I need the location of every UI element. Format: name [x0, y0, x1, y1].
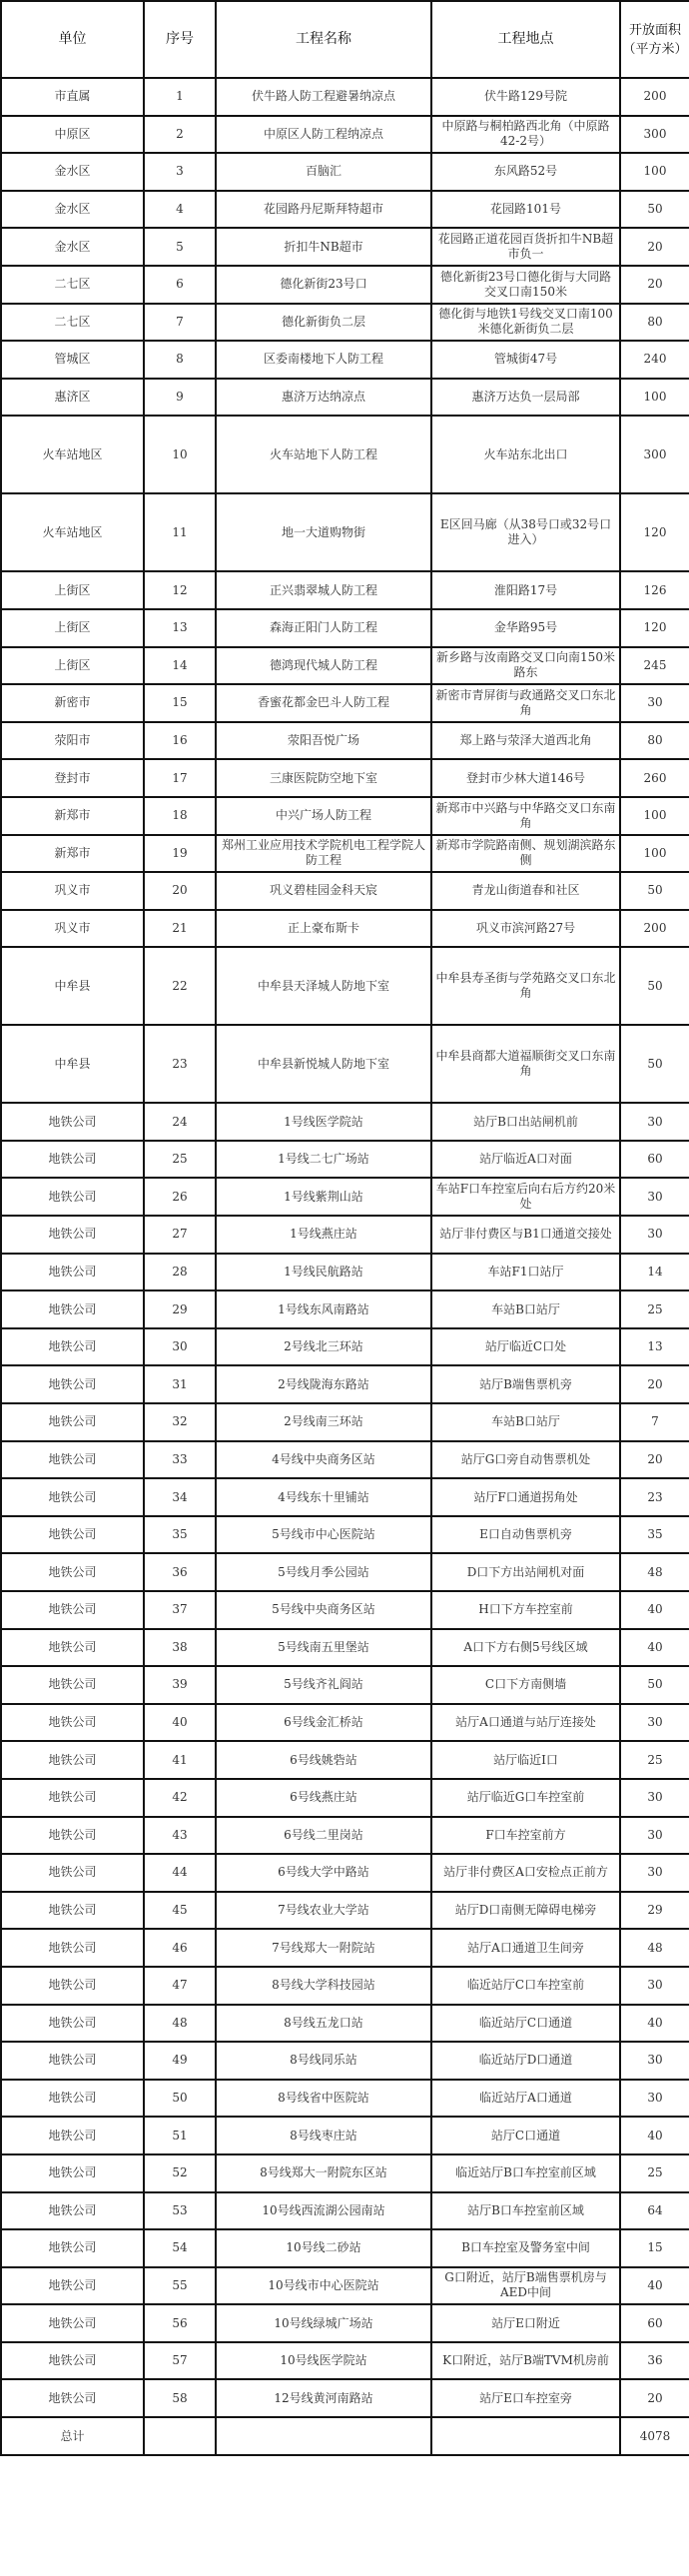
cell-area: 30 — [620, 1178, 689, 1216]
cell-name: 中牟县新悦城人防地下室 — [216, 1025, 431, 1103]
cell-unit: 管城区 — [1, 341, 144, 379]
cell-name: 火车站地下人防工程 — [216, 416, 431, 493]
table-row: 地铁公司498号线同乐站临近站厅D口通道30 — [1, 2042, 689, 2080]
cell-location: E口自动售票机旁 — [431, 1516, 620, 1554]
cell-name: 中原区人防工程纳凉点 — [216, 116, 431, 154]
cell-area: 40 — [620, 2267, 689, 2305]
cell-area: 30 — [620, 1854, 689, 1892]
cell-no: 34 — [144, 1478, 216, 1516]
table-row: 地铁公司365号线月季公园站D口下方出站闸机对面48 — [1, 1553, 689, 1591]
cell-location: 站厅临近A口对面 — [431, 1141, 620, 1179]
cell-name: 4号线中央商务区站 — [216, 1441, 431, 1479]
cell-name: 百脑汇 — [216, 153, 431, 191]
total-location — [431, 2417, 620, 2455]
cell-unit: 火车站地区 — [1, 493, 144, 571]
cell-location: 车站F1口站厅 — [431, 1254, 620, 1291]
cell-area: 300 — [620, 116, 689, 154]
cell-no: 37 — [144, 1591, 216, 1629]
table-row: 金水区3百脑汇东风路52号100 — [1, 153, 689, 191]
cell-location: 车站B口站厅 — [431, 1403, 620, 1441]
cell-no: 4 — [144, 191, 216, 229]
cell-unit: 市直属 — [1, 78, 144, 116]
cell-name: 中牟县天泽城人防地下室 — [216, 947, 431, 1025]
cell-name: 伏牛路人防工程避暑纳凉点 — [216, 78, 431, 116]
cell-area: 240 — [620, 341, 689, 379]
cell-area: 60 — [620, 1141, 689, 1179]
cell-no: 19 — [144, 835, 216, 873]
table-row: 地铁公司302号线北三环站站厅临近C口处13 — [1, 1328, 689, 1366]
table-row: 地铁公司478号线大学科技园站临近站厅C口车控室前30 — [1, 1967, 689, 2005]
cell-area: 30 — [620, 2080, 689, 2118]
cell-no: 28 — [144, 1254, 216, 1291]
table-row: 地铁公司291号线东风南路站车站B口站厅25 — [1, 1290, 689, 1328]
cell-no: 49 — [144, 2042, 216, 2080]
table-row: 上街区14德鸿现代城人防工程新乡路与汝南路交叉口向南150米路东245 — [1, 647, 689, 685]
cell-unit: 地铁公司 — [1, 2042, 144, 2080]
cell-no: 35 — [144, 1516, 216, 1554]
cell-location: 站厅B口车控室前区域 — [431, 2192, 620, 2230]
cell-no: 53 — [144, 2192, 216, 2230]
cell-name: 8号线枣庄站 — [216, 2117, 431, 2154]
cell-name: 2号线南三环站 — [216, 1403, 431, 1441]
cell-area: 50 — [620, 947, 689, 1025]
cell-unit: 金水区 — [1, 153, 144, 191]
table-row: 地铁公司355号线市中心医院站E口自动售票机旁35 — [1, 1516, 689, 1554]
cell-no: 24 — [144, 1103, 216, 1141]
cell-no: 50 — [144, 2080, 216, 2118]
cell-area: 80 — [620, 304, 689, 342]
cell-area: 30 — [620, 1817, 689, 1855]
cell-no: 43 — [144, 1817, 216, 1855]
cell-area: 200 — [620, 910, 689, 948]
table-row: 中原区2中原区人防工程纳凉点中原路与桐柏路西北角（中原路42-2号）300 — [1, 116, 689, 154]
cell-no: 41 — [144, 1741, 216, 1779]
table-row: 地铁公司467号线郑大一附院站站厅A口通道卫生间旁48 — [1, 1929, 689, 1967]
cell-location: 东风路52号 — [431, 153, 620, 191]
cell-area: 25 — [620, 2154, 689, 2192]
cell-unit: 上街区 — [1, 609, 144, 647]
cell-name: 2号线北三环站 — [216, 1328, 431, 1366]
cell-location: 新密市青屏街与政通路交叉口东北角 — [431, 684, 620, 722]
cell-location: 德化新街23号口德化街与大同路交叉口南150米 — [431, 266, 620, 304]
cell-unit: 惠济区 — [1, 379, 144, 417]
table-header-row: 单位 序号 工程名称 工程地点 开放面积（平方米） — [1, 1, 689, 78]
cell-unit: 地铁公司 — [1, 2342, 144, 2380]
cell-unit: 地铁公司 — [1, 1216, 144, 1254]
cell-name: 5号线南五里堡站 — [216, 1629, 431, 1667]
cell-area: 60 — [620, 2304, 689, 2342]
table-row: 惠济区9惠济万达纳凉点惠济万达负一层局部100 — [1, 379, 689, 417]
cell-location: 站厅A口通道与站厅连接处 — [431, 1704, 620, 1742]
table-row: 地铁公司5410号线二砂站B口车控室及警务室中间15 — [1, 2229, 689, 2267]
cell-location: 郑上路与荥泽大道西北角 — [431, 722, 620, 760]
cell-location: 站厅临近I口 — [431, 1741, 620, 1779]
cell-no: 57 — [144, 2342, 216, 2380]
cell-location: 临近站厅D口通道 — [431, 2042, 620, 2080]
cell-location: D口下方出站闸机对面 — [431, 1553, 620, 1591]
cell-no: 17 — [144, 759, 216, 797]
cell-area: 100 — [620, 379, 689, 417]
cell-area: 120 — [620, 609, 689, 647]
table-row: 管城区8区委南楼地下人防工程管城街47号240 — [1, 341, 689, 379]
cell-location: 临近站厅B口车控室前区域 — [431, 2154, 620, 2192]
cell-location: 新乡路与汝南路交叉口向南150米路东 — [431, 647, 620, 685]
cooling-points-table: 单位 序号 工程名称 工程地点 开放面积（平方米） 市直属1伏牛路人防工程避暑纳… — [0, 0, 689, 2456]
cell-location: 中牟县寿圣街与学苑路交叉口东北角 — [431, 947, 620, 1025]
cell-no: 12 — [144, 571, 216, 609]
table-row: 地铁公司508号线省中医院站临近站厅A口通道30 — [1, 2080, 689, 2118]
cell-unit: 地铁公司 — [1, 1779, 144, 1817]
cell-location: 伏牛路129号院 — [431, 78, 620, 116]
cell-no: 32 — [144, 1403, 216, 1441]
cell-area: 80 — [620, 722, 689, 760]
cell-area: 100 — [620, 153, 689, 191]
cell-name: 5号线齐礼阎站 — [216, 1666, 431, 1704]
cell-unit: 地铁公司 — [1, 1967, 144, 2005]
cell-unit: 巩义市 — [1, 872, 144, 910]
cell-area: 20 — [620, 266, 689, 304]
table-row: 新密市15香蜜花都金巴斗人防工程新密市青屏街与政通路交叉口东北角30 — [1, 684, 689, 722]
cell-unit: 火车站地区 — [1, 416, 144, 493]
cell-no: 47 — [144, 1967, 216, 2005]
cell-location: A口下方右侧5号线区域 — [431, 1629, 620, 1667]
cell-name: 德鸿现代城人防工程 — [216, 647, 431, 685]
table-row: 地铁公司457号线农业大学站站厅D口南侧无障碍电梯旁29 — [1, 1892, 689, 1930]
cell-unit: 新郑市 — [1, 797, 144, 835]
table-row: 地铁公司518号线枣庄站站厅C口通道40 — [1, 2117, 689, 2154]
cell-location: 淮阳路17号 — [431, 571, 620, 609]
table-row: 地铁公司334号线中央商务区站站厅G口旁自动售票机处20 — [1, 1441, 689, 1479]
cell-name: 地一大道购物街 — [216, 493, 431, 571]
cell-area: 100 — [620, 797, 689, 835]
cell-name: 郑州工业应用技术学院机电工程学院人防工程 — [216, 835, 431, 873]
cell-no: 22 — [144, 947, 216, 1025]
cell-unit: 上街区 — [1, 571, 144, 609]
cell-location: 管城街47号 — [431, 341, 620, 379]
cell-no: 20 — [144, 872, 216, 910]
cell-location: 站厅B口出站闸机前 — [431, 1103, 620, 1141]
cell-no: 38 — [144, 1629, 216, 1667]
cell-unit: 巩义市 — [1, 910, 144, 948]
cell-name: 8号线省中医院站 — [216, 2080, 431, 2118]
table-row: 金水区5折扣牛NB超市花园路正道花园百货折扣牛NB超市负一20 — [1, 228, 689, 266]
cell-name: 7号线农业大学站 — [216, 1892, 431, 1930]
cell-no: 9 — [144, 379, 216, 417]
cell-no: 7 — [144, 304, 216, 342]
cell-unit: 中牟县 — [1, 947, 144, 1025]
cell-unit: 地铁公司 — [1, 1629, 144, 1667]
cell-unit: 地铁公司 — [1, 1704, 144, 1742]
cell-unit: 地铁公司 — [1, 1591, 144, 1629]
cell-area: 20 — [620, 1441, 689, 1479]
cell-location: C口下方南侧墙 — [431, 1666, 620, 1704]
cell-unit: 二七区 — [1, 266, 144, 304]
table-row: 地铁公司5610号线绿城广场站站厅E口附近60 — [1, 2304, 689, 2342]
cell-area: 15 — [620, 2229, 689, 2267]
cell-location: 中牟县商都大道福顺街交叉口东南角 — [431, 1025, 620, 1103]
cell-location: 德化街与地铁1号线交叉口南100米德化新街负二层 — [431, 304, 620, 342]
cell-location: 火车站东北出口 — [431, 416, 620, 493]
table-row: 地铁公司528号线郑大一附院东区站临近站厅B口车控室前区域25 — [1, 2154, 689, 2192]
table-row: 中牟县23中牟县新悦城人防地下室中牟县商都大道福顺街交叉口东南角50 — [1, 1025, 689, 1103]
cell-unit: 地铁公司 — [1, 2192, 144, 2230]
cell-area: 14 — [620, 1254, 689, 1291]
cell-no: 11 — [144, 493, 216, 571]
table-row: 荥阳市16荥阳吾悦广场郑上路与荥泽大道西北角80 — [1, 722, 689, 760]
cell-unit: 登封市 — [1, 759, 144, 797]
cell-location: 临近站厅C口车控室前 — [431, 1967, 620, 2005]
cell-area: 50 — [620, 872, 689, 910]
cell-area: 30 — [620, 1103, 689, 1141]
cell-no: 26 — [144, 1178, 216, 1216]
cell-area: 40 — [620, 1629, 689, 1667]
cell-no: 3 — [144, 153, 216, 191]
header-unit: 单位 — [1, 1, 144, 78]
cell-no: 36 — [144, 1553, 216, 1591]
cell-unit: 地铁公司 — [1, 1178, 144, 1216]
cell-location: 车站F口车控室后向右后方约20米处 — [431, 1178, 620, 1216]
cell-location: 站厅B端售票机旁 — [431, 1365, 620, 1403]
cell-unit: 地铁公司 — [1, 2267, 144, 2305]
cell-unit: 荥阳市 — [1, 722, 144, 760]
table-row: 地铁公司312号线陇海东路站站厅B端售票机旁20 — [1, 1365, 689, 1403]
cell-name: 4号线东十里铺站 — [216, 1478, 431, 1516]
cell-area: 48 — [620, 1553, 689, 1591]
cell-unit: 地铁公司 — [1, 1553, 144, 1591]
table-row: 地铁公司406号线金汇桥站站厅A口通道与站厅连接处30 — [1, 1704, 689, 1742]
cell-unit: 地铁公司 — [1, 1741, 144, 1779]
cell-name: 香蜜花都金巴斗人防工程 — [216, 684, 431, 722]
cell-no: 8 — [144, 341, 216, 379]
table-row: 新郑市18中兴广场人防工程新郑市中兴路与中华路交叉口东南角100 — [1, 797, 689, 835]
cell-name: 6号线燕庄站 — [216, 1779, 431, 1817]
cell-no: 18 — [144, 797, 216, 835]
cell-location: 新郑市学院路南侧、规划湖滨路东侧 — [431, 835, 620, 873]
cell-location: 惠济万达负一层局部 — [431, 379, 620, 417]
cell-name: 1号线燕庄站 — [216, 1216, 431, 1254]
table-row: 地铁公司251号线二七广场站站厅临近A口对面60 — [1, 1141, 689, 1179]
cell-unit: 地铁公司 — [1, 1892, 144, 1930]
cell-no: 46 — [144, 1929, 216, 1967]
table-row: 地铁公司261号线紫荆山站车站F口车控室后向右后方约20米处30 — [1, 1178, 689, 1216]
cell-unit: 中牟县 — [1, 1025, 144, 1103]
cell-name: 1号线医学院站 — [216, 1103, 431, 1141]
cell-location: 站厅临近G口车控室前 — [431, 1779, 620, 1817]
cell-no: 14 — [144, 647, 216, 685]
cell-no: 33 — [144, 1441, 216, 1479]
cell-no: 15 — [144, 684, 216, 722]
header-area: 开放面积（平方米） — [620, 1, 689, 78]
cell-name: 1号线二七广场站 — [216, 1141, 431, 1179]
cell-unit: 地铁公司 — [1, 1817, 144, 1855]
cell-location: 车站B口站厅 — [431, 1290, 620, 1328]
cell-area: 30 — [620, 1704, 689, 1742]
cell-name: 2号线陇海东路站 — [216, 1365, 431, 1403]
cell-unit: 地铁公司 — [1, 2080, 144, 2118]
cell-name: 正上豪布斯卡 — [216, 910, 431, 948]
cell-area: 30 — [620, 684, 689, 722]
cell-name: 5号线市中心医院站 — [216, 1516, 431, 1554]
cell-name: 6号线金汇桥站 — [216, 1704, 431, 1742]
cell-area: 36 — [620, 2342, 689, 2380]
cell-unit: 地铁公司 — [1, 2304, 144, 2342]
cell-location: 站厅C口通道 — [431, 2117, 620, 2154]
cell-name: 10号线二砂站 — [216, 2229, 431, 2267]
table-row: 地铁公司5310号线西流湖公园南站站厅B口车控室前区域64 — [1, 2192, 689, 2230]
cell-name: 1号线东风南路站 — [216, 1290, 431, 1328]
table-row: 地铁公司426号线燕庄站站厅临近G口车控室前30 — [1, 1779, 689, 1817]
table-row: 地铁公司436号线二里岗站F口车控室前方30 — [1, 1817, 689, 1855]
cell-area: 30 — [620, 1779, 689, 1817]
cell-no: 25 — [144, 1141, 216, 1179]
cell-name: 三康医院防空地下室 — [216, 759, 431, 797]
cell-name: 5号线月季公园站 — [216, 1553, 431, 1591]
cell-no: 52 — [144, 2154, 216, 2192]
cell-location: 花园路正道花园百货折扣牛NB超市负一 — [431, 228, 620, 266]
cell-area: 20 — [620, 228, 689, 266]
cell-location: 金华路95号 — [431, 609, 620, 647]
table-row: 二七区7德化新街负二层德化街与地铁1号线交叉口南100米德化新街负二层80 — [1, 304, 689, 342]
cell-unit: 地铁公司 — [1, 1254, 144, 1291]
table-row: 地铁公司344号线东十里铺站站厅F口通道拐角处23 — [1, 1478, 689, 1516]
total-area: 4078 — [620, 2417, 689, 2455]
cell-area: 30 — [620, 2042, 689, 2080]
cell-no: 56 — [144, 2304, 216, 2342]
cell-area: 35 — [620, 1516, 689, 1554]
cell-no: 40 — [144, 1704, 216, 1742]
table-row: 地铁公司241号线医学院站站厅B口出站闸机前30 — [1, 1103, 689, 1141]
cell-unit: 地铁公司 — [1, 2229, 144, 2267]
table-row: 地铁公司395号线齐礼阎站C口下方南侧墙50 — [1, 1666, 689, 1704]
cell-location: 临近站厅A口通道 — [431, 2080, 620, 2118]
header-name: 工程名称 — [216, 1, 431, 78]
cell-no: 42 — [144, 1779, 216, 1817]
cell-location: 站厅临近C口处 — [431, 1328, 620, 1366]
cell-name: 8号线五龙口站 — [216, 2005, 431, 2043]
cell-location: H口下方车控室前 — [431, 1591, 620, 1629]
table-row: 地铁公司322号线南三环站车站B口站厅7 — [1, 1403, 689, 1441]
cell-unit: 中原区 — [1, 116, 144, 154]
cell-no: 44 — [144, 1854, 216, 1892]
cell-location: 站厅E口附近 — [431, 2304, 620, 2342]
cell-name: 10号线市中心医院站 — [216, 2267, 431, 2305]
cell-area: 50 — [620, 191, 689, 229]
cell-name: 6号线二里岗站 — [216, 1817, 431, 1855]
cell-area: 100 — [620, 835, 689, 873]
header-location: 工程地点 — [431, 1, 620, 78]
cell-unit: 二七区 — [1, 304, 144, 342]
cell-unit: 金水区 — [1, 191, 144, 229]
cell-location: 站厅A口通道卫生间旁 — [431, 1929, 620, 1967]
cell-no: 2 — [144, 116, 216, 154]
cell-name: 6号线大学中路站 — [216, 1854, 431, 1892]
cell-unit: 地铁公司 — [1, 1328, 144, 1366]
cell-name: 德化新街23号口 — [216, 266, 431, 304]
cell-unit: 地铁公司 — [1, 1516, 144, 1554]
cell-name: 5号线中央商务区站 — [216, 1591, 431, 1629]
cell-unit: 地铁公司 — [1, 1365, 144, 1403]
cell-no: 23 — [144, 1025, 216, 1103]
cell-no: 30 — [144, 1328, 216, 1366]
cell-name: 6号线姚砦站 — [216, 1741, 431, 1779]
cell-area: 200 — [620, 78, 689, 116]
cell-unit: 地铁公司 — [1, 1403, 144, 1441]
cell-name: 正兴翡翠城人防工程 — [216, 571, 431, 609]
cell-name: 8号线郑大一附院东区站 — [216, 2154, 431, 2192]
cell-area: 25 — [620, 1290, 689, 1328]
table-row: 地铁公司5812号线黄河南路站站厅E口车控室旁20 — [1, 2379, 689, 2417]
cell-unit: 金水区 — [1, 228, 144, 266]
table-row: 地铁公司271号线燕庄站站厅非付费区与B1口通道交接处30 — [1, 1216, 689, 1254]
cell-area: 120 — [620, 493, 689, 571]
cell-unit: 地铁公司 — [1, 1478, 144, 1516]
cell-name: 1号线民航路站 — [216, 1254, 431, 1291]
cell-area: 30 — [620, 1216, 689, 1254]
cell-no: 54 — [144, 2229, 216, 2267]
cell-no: 45 — [144, 1892, 216, 1930]
cell-name: 巩义碧桂园金科天宸 — [216, 872, 431, 910]
cell-no: 16 — [144, 722, 216, 760]
cell-area: 20 — [620, 1365, 689, 1403]
cell-unit: 地铁公司 — [1, 1929, 144, 1967]
cell-area: 50 — [620, 1025, 689, 1103]
total-name — [216, 2417, 431, 2455]
cell-unit: 地铁公司 — [1, 1441, 144, 1479]
total-row: 总计 4078 — [1, 2417, 689, 2455]
header-no: 序号 — [144, 1, 216, 78]
cell-area: 29 — [620, 1892, 689, 1930]
cell-location: 站厅G口旁自动售票机处 — [431, 1441, 620, 1479]
cell-area: 126 — [620, 571, 689, 609]
cell-area: 300 — [620, 416, 689, 493]
cell-no: 6 — [144, 266, 216, 304]
cell-location: F口车控室前方 — [431, 1817, 620, 1855]
cell-unit: 地铁公司 — [1, 1290, 144, 1328]
table-row: 火车站地区10火车站地下人防工程火车站东北出口300 — [1, 416, 689, 493]
table-row: 巩义市21正上豪布斯卡巩义市滨河路27号200 — [1, 910, 689, 948]
cell-name: 8号线大学科技园站 — [216, 1967, 431, 2005]
cell-name: 7号线郑大一附院站 — [216, 1929, 431, 1967]
cell-name: 德化新街负二层 — [216, 304, 431, 342]
cell-area: 40 — [620, 2117, 689, 2154]
cell-unit: 地铁公司 — [1, 2005, 144, 2043]
cell-name: 1号线紫荆山站 — [216, 1178, 431, 1216]
cell-unit: 上街区 — [1, 647, 144, 685]
cell-name: 花园路丹尼斯拜特超市 — [216, 191, 431, 229]
cell-location: E区回马廊（从38号口或32号口进入） — [431, 493, 620, 571]
cell-unit: 地铁公司 — [1, 1666, 144, 1704]
cell-no: 21 — [144, 910, 216, 948]
cell-unit: 地铁公司 — [1, 2379, 144, 2417]
cell-location: 站厅非付费区与B1口通道交接处 — [431, 1216, 620, 1254]
cell-location: 站厅非付费区A口安检点正前方 — [431, 1854, 620, 1892]
table-body: 市直属1伏牛路人防工程避暑纳凉点伏牛路129号院200中原区2中原区人防工程纳凉… — [1, 78, 689, 2417]
table-row: 地铁公司488号线五龙口站临近站厅C口通道40 — [1, 2005, 689, 2043]
cell-area: 260 — [620, 759, 689, 797]
cell-name: 12号线黄河南路站 — [216, 2379, 431, 2417]
cell-unit: 地铁公司 — [1, 1854, 144, 1892]
cell-area: 20 — [620, 2379, 689, 2417]
cell-unit: 地铁公司 — [1, 1103, 144, 1141]
table-row: 登封市17三康医院防空地下室登封市少林大道146号260 — [1, 759, 689, 797]
table-row: 地铁公司416号线姚砦站站厅临近I口25 — [1, 1741, 689, 1779]
table-row: 地铁公司5710号线医学院站K口附近，站厅B端TVM机房前36 — [1, 2342, 689, 2380]
table-row: 地铁公司5510号线市中心医院站G口附近，站厅B端售票机房与AED中间40 — [1, 2267, 689, 2305]
table-row: 金水区4花园路丹尼斯拜特超市花园路101号50 — [1, 191, 689, 229]
cell-no: 10 — [144, 416, 216, 493]
cell-name: 折扣牛NB超市 — [216, 228, 431, 266]
cell-name: 惠济万达纳凉点 — [216, 379, 431, 417]
